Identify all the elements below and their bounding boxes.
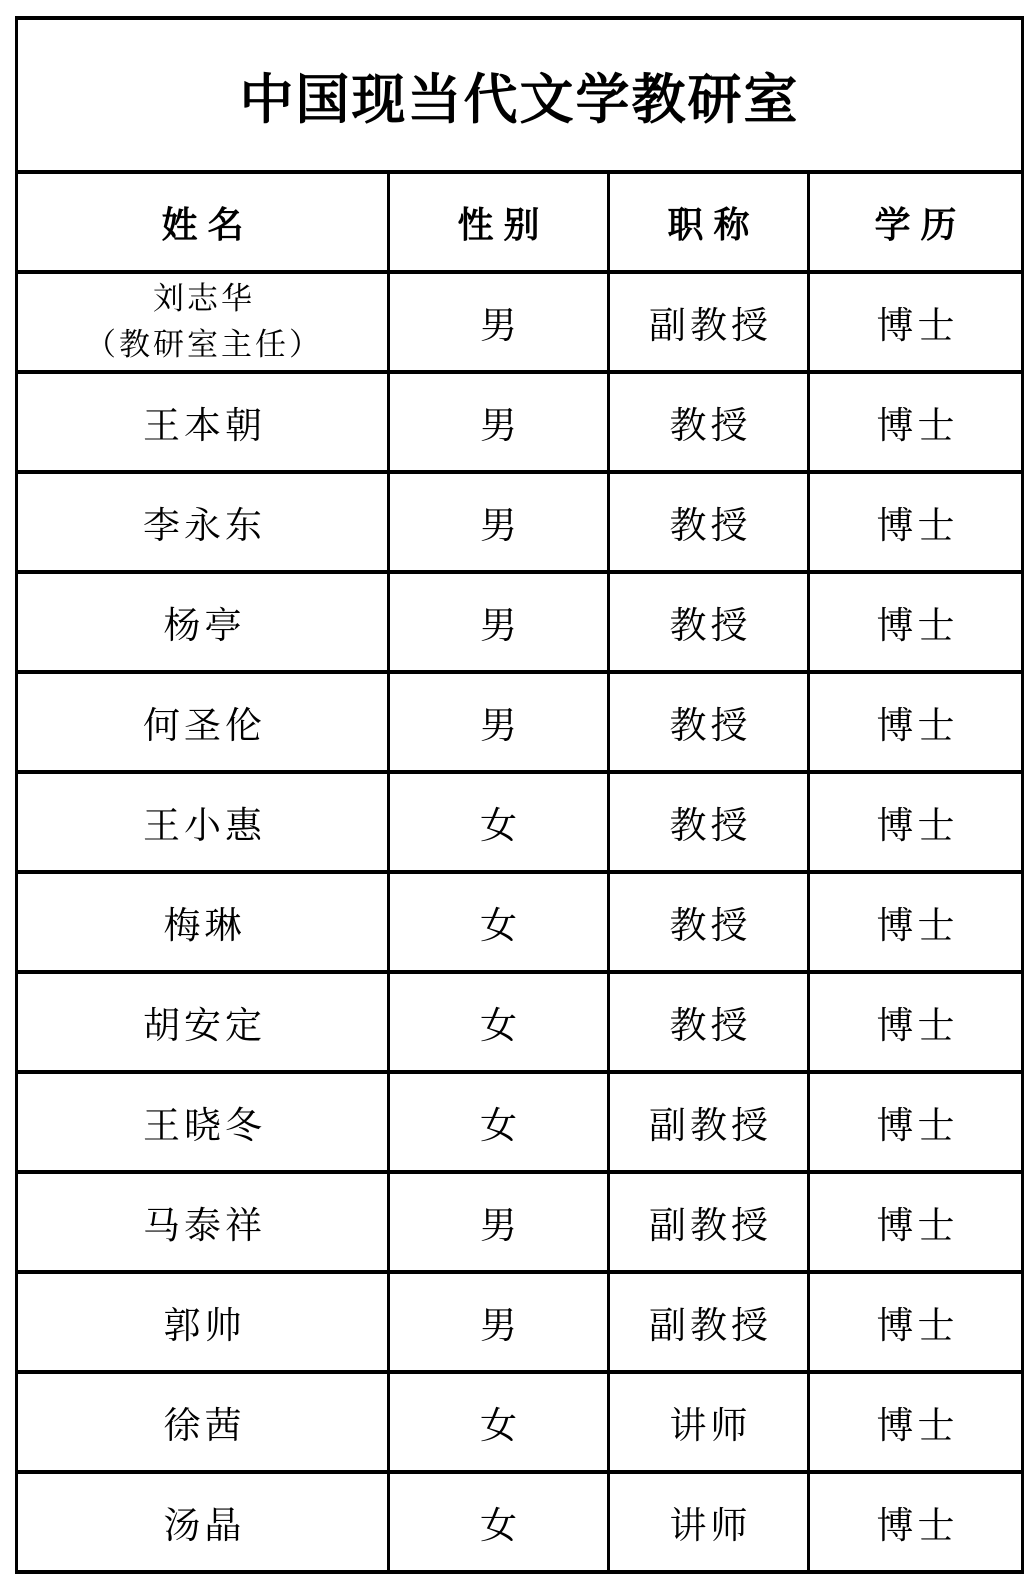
cell-rank: 副教授 xyxy=(609,272,809,372)
cell-gender: 男 xyxy=(389,272,609,372)
cell-gender: 女 xyxy=(389,1472,609,1572)
table-row: 马泰祥 男 副教授 博士 xyxy=(17,1172,1023,1272)
cell-degree: 博士 xyxy=(809,572,1023,672)
cell-gender: 男 xyxy=(389,472,609,572)
cell-name: 李永东 xyxy=(17,472,389,572)
cell-name: 何圣伦 xyxy=(17,672,389,772)
cell-degree: 博士 xyxy=(809,972,1023,1072)
cell-rank: 教授 xyxy=(609,472,809,572)
table-row: 胡安定 女 教授 博士 xyxy=(17,972,1023,1072)
cell-gender: 男 xyxy=(389,1172,609,1272)
table-title: 中国现当代文学教研室 xyxy=(240,70,800,130)
table-title-cell: 中国现当代文学教研室 xyxy=(17,18,1023,172)
cell-degree: 博士 xyxy=(809,772,1023,872)
cell-degree: 博士 xyxy=(809,372,1023,472)
cell-name: 汤晶 xyxy=(17,1472,389,1572)
cell-gender: 女 xyxy=(389,972,609,1072)
cell-gender: 女 xyxy=(389,872,609,972)
table-row: 王晓冬 女 副教授 博士 xyxy=(17,1072,1023,1172)
table-row: 梅琳 女 教授 博士 xyxy=(17,872,1023,972)
cell-name: 郭帅 xyxy=(17,1272,389,1372)
column-header-name: 姓名 xyxy=(17,172,389,272)
table-row: 汤晶 女 讲师 博士 xyxy=(17,1472,1023,1572)
cell-name: 王晓冬 xyxy=(17,1072,389,1172)
person-role-note: （教研室主任） xyxy=(18,322,387,369)
table-row: 刘志华 （教研室主任） 男 副教授 博士 xyxy=(17,272,1023,372)
cell-degree: 博士 xyxy=(809,1072,1023,1172)
cell-degree: 博士 xyxy=(809,1372,1023,1472)
cell-degree: 博士 xyxy=(809,672,1023,772)
cell-name: 杨亭 xyxy=(17,572,389,672)
cell-gender: 男 xyxy=(389,372,609,472)
cell-gender: 女 xyxy=(389,1372,609,1472)
column-header-rank: 职称 xyxy=(609,172,809,272)
table-row: 王小惠 女 教授 博士 xyxy=(17,772,1023,872)
faculty-roster-table: 中国现当代文学教研室 姓名 性别 职称 学历 刘志华 （教研室主任） 男 副教授… xyxy=(15,16,1024,1574)
table-row: 郭帅 男 副教授 博士 xyxy=(17,1272,1023,1372)
cell-rank: 讲师 xyxy=(609,1472,809,1572)
table-row: 杨亭 男 教授 博士 xyxy=(17,572,1023,672)
cell-name: 胡安定 xyxy=(17,972,389,1072)
person-name: 刘志华 xyxy=(18,276,387,323)
cell-degree: 博士 xyxy=(809,1172,1023,1272)
cell-degree: 博士 xyxy=(809,472,1023,572)
cell-rank: 教授 xyxy=(609,672,809,772)
cell-name: 马泰祥 xyxy=(17,1172,389,1272)
cell-name: 刘志华 （教研室主任） xyxy=(17,272,389,372)
cell-rank: 副教授 xyxy=(609,1272,809,1372)
cell-gender: 男 xyxy=(389,672,609,772)
document-page: 中国现当代文学教研室 姓名 性别 职称 学历 刘志华 （教研室主任） 男 副教授… xyxy=(0,0,1034,1588)
cell-name: 梅琳 xyxy=(17,872,389,972)
cell-rank: 教授 xyxy=(609,572,809,672)
cell-gender: 女 xyxy=(389,1072,609,1172)
cell-degree: 博士 xyxy=(809,872,1023,972)
cell-gender: 男 xyxy=(389,572,609,672)
cell-name: 王本朝 xyxy=(17,372,389,472)
table-title-row: 中国现当代文学教研室 xyxy=(17,18,1023,172)
cell-rank: 讲师 xyxy=(609,1372,809,1472)
cell-degree: 博士 xyxy=(809,1472,1023,1572)
cell-degree: 博士 xyxy=(809,1272,1023,1372)
cell-gender: 女 xyxy=(389,772,609,872)
table-row: 王本朝 男 教授 博士 xyxy=(17,372,1023,472)
cell-rank: 教授 xyxy=(609,772,809,872)
cell-gender: 男 xyxy=(389,1272,609,1372)
cell-degree: 博士 xyxy=(809,272,1023,372)
cell-name: 徐茜 xyxy=(17,1372,389,1472)
cell-name: 王小惠 xyxy=(17,772,389,872)
cell-rank: 副教授 xyxy=(609,1072,809,1172)
table-row: 李永东 男 教授 博士 xyxy=(17,472,1023,572)
column-header-gender: 性别 xyxy=(389,172,609,272)
cell-rank: 教授 xyxy=(609,372,809,472)
table-header-row: 姓名 性别 职称 学历 xyxy=(17,172,1023,272)
cell-rank: 教授 xyxy=(609,872,809,972)
column-header-degree: 学历 xyxy=(809,172,1023,272)
table-row: 徐茜 女 讲师 博士 xyxy=(17,1372,1023,1472)
cell-rank: 教授 xyxy=(609,972,809,1072)
cell-rank: 副教授 xyxy=(609,1172,809,1272)
table-row: 何圣伦 男 教授 博士 xyxy=(17,672,1023,772)
